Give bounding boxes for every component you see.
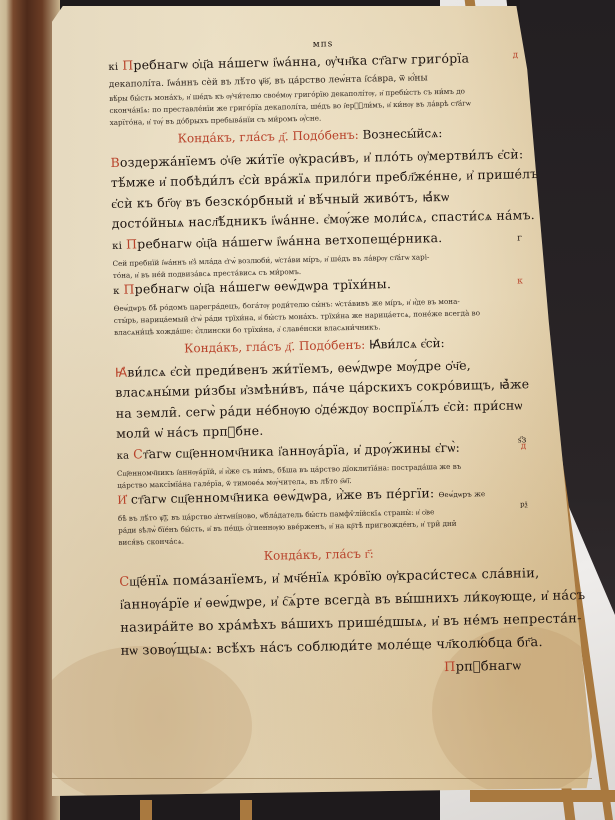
hymn-line: Ꙗ҆ви́лсѧ є҆сѝ преди́венъ жи́тїемъ, ѳеѡ́д… [115, 358, 515, 379]
hymn-line: є҆сѝ къ бг҃ѹ въ безско́рбный и҆ вѣ́чный … [111, 189, 511, 210]
entry-title: каСт҃агѡ сщ҃енномч҃ника і҆аннѹа́рїа, и҆ … [116, 440, 516, 461]
hymn-line: нѡ зовѹ́щыѧ: всѣ́хъ на́съ соблюди́те мол… [121, 637, 521, 658]
margin-mark: рѯ [520, 501, 528, 508]
red-initial: Ꙗ҆ [115, 364, 128, 379]
entry-title: кПребнагѡ ѻ҆ц҃а на́шегѡ ѳеѡ́дѡра трїхи́н… [113, 276, 513, 297]
hymn-line: Воздержа́нїемъ ѻ҆ч҃е жи́тїе ѹ҆краси́въ, … [110, 148, 510, 169]
hymn-line: досто́йныѧ насл҃ѣ́дникъ і҆ѡа́нне. є҆мѹ́ж… [112, 210, 512, 231]
hymn-line: і҆аннѹа́рїе и҆ ѳеѡ́дѡре, и҆ с҇ѧ́рте всег… [120, 591, 520, 612]
kontakion-heading: Конда́къ, гла́съ д҃. Подо́бенъ: Вознесы́… [110, 124, 510, 147]
entry-1: кіПребнагѡ ѻ҆ц҃а на́шегѡ і҆ѡа́нна, ѹ҆чн҃… [108, 52, 509, 127]
kontakion-heading: Конда́къ, гла́съ д҃. Подо́бенъ: Ꙗ҆ви́лсѧ… [114, 334, 514, 357]
gold-border-bar [140, 800, 152, 820]
hymn-line: Сщ҃е́нїѧ пома́занїемъ, и҆ мч҃е́нїѧ кро́в… [119, 568, 519, 589]
day-number: ка [117, 451, 130, 461]
margin-mark: д [512, 51, 518, 60]
entry-2: кіПребнагѡ ѻ҆ц҃а на́шегѡ і҆ѡа́нна ветхоп… [112, 230, 513, 279]
hymn-line: назира́йте во хра́мѣхъ ва́шихъ прише́дшы… [120, 614, 520, 635]
hymn-line: моли̑ ѡ҆ на́съ прпⷣбне. [116, 420, 516, 441]
red-initial: П [126, 236, 137, 251]
hymn-line: на земли̑. сегѡ̀ ра́ди не́бнѹю ѻ҆де́ждѹ … [116, 399, 516, 420]
entry-4: каСт҃агѡ сщ҃енномч҃ника і҆аннѹа́рїа, и҆ … [116, 440, 517, 489]
day-number: к [113, 287, 120, 297]
page-bottom-fold [52, 778, 592, 779]
red-initial: П [444, 660, 456, 675]
day-number: кі [112, 241, 122, 251]
margin-mark: ѕ҃з [518, 436, 527, 445]
hymn-line: тѣ́мже и҆ побѣди́лъ є҆сѝ вра́жїѧ прило́г… [111, 169, 511, 190]
red-initial: П [122, 57, 133, 72]
entry-title: И҆ ст҃агѡ сщ҃енномч҃ника ѳеѡ́дѡра, и҆̀же… [117, 486, 517, 507]
entry-3: кПребнагѡ ѻ҆ц҃а на́шегѡ ѳеѡ́дѡра трїхи́н… [113, 276, 514, 337]
gold-border-bar [240, 800, 252, 820]
entry-title: кіПребнагѡ ѻ҆ц҃а на́шегѡ і҆ѡа́нна, ѹ҆чн҃… [108, 52, 508, 73]
kontakion-heading: Конда́къ, гла́съ г҃: [119, 544, 519, 567]
page-text: мпѕ кіПребнагѡ ѻ҆ц҃а на́шегѡ і҆ѡа́нна, ѹ… [108, 36, 521, 689]
margin-mark: к [517, 277, 523, 286]
catchword: Прпⷣбнагѡ [121, 660, 521, 681]
entry-title: кіПребнагѡ ѻ҆ц҃а на́шегѡ і҆ѡа́нна ветхоп… [112, 230, 512, 251]
book-spine-binding [0, 0, 60, 820]
hymn-line: власѧны́ми ри́збы и҆змѣни́въ, па́че ца́р… [115, 379, 515, 400]
margin-mark: г [517, 234, 522, 243]
gold-border-bar [470, 790, 615, 802]
day-number: кі [108, 63, 118, 73]
red-initial: С [119, 575, 129, 590]
red-initial: П [123, 282, 134, 297]
entry-5: И҆ ст҃агѡ сщ҃енномч҃ника ѳеѡ́дѡра, и҆̀же… [117, 486, 518, 546]
